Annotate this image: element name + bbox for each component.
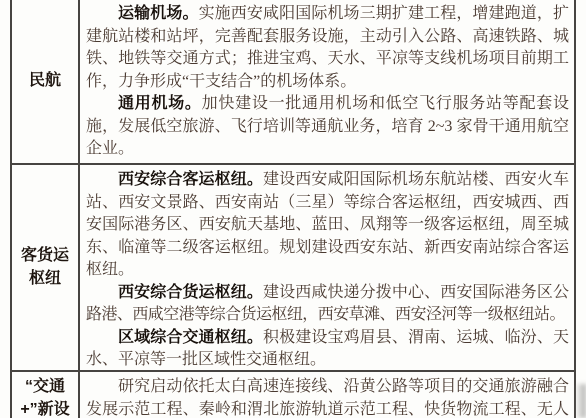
bold-heading: 通用机场。	[118, 95, 202, 112]
transport-projects-table: 民航运输机场。实施西安咸阳国际机场三期扩建工程，增建跑道，扩建航站楼和站坪，完善…	[10, 0, 576, 418]
row-label-line: 枢纽	[29, 268, 61, 291]
text-line: 枢纽。	[86, 259, 569, 282]
row-label-line: 客货运	[21, 245, 69, 268]
bold-heading: 运输机场。	[118, 5, 199, 22]
row-content: 运输机场。实施西安咸阳国际机场三期扩建工程，增建跑道，扩建航站楼和站坪，完善配套…	[80, 0, 574, 163]
text-line: 通用机场。加快建设一批通用机场和低空飞行服务站等配套设	[86, 93, 569, 116]
text-line: 研究启动依托太白高速连接线、沿黄公路等项目的交通旅游融合	[86, 376, 569, 399]
scan-artifact	[575, 384, 586, 418]
text-line: 西安综合客运枢纽。建设西安咸阳国际机场东航站楼、西安火车	[86, 169, 569, 192]
text-line: 发展示范工程、秦岭和渭北旅游轨道示范工程、快货物流工程、无人	[86, 399, 569, 418]
bold-heading: 区域综合交通枢纽。	[118, 329, 263, 346]
text-line: 区域综合交通枢纽。积极建设宝鸡眉县、渭南、运城、临汾、天	[86, 327, 569, 350]
row-passenger-freight-hubs: 客货运枢纽西安综合客运枢纽。建设西安咸阳国际机场东航站楼、西安火车站、西安文景路…	[12, 165, 574, 372]
row-label-line: 民航	[29, 70, 61, 93]
text-line: 站、西安文景路、西安南站（三星）等综合客运枢纽，西安城西、西	[86, 192, 569, 215]
bold-heading: 西安综合客运枢纽。	[118, 171, 263, 188]
row-label: “交通+”新设	[12, 372, 80, 418]
row-content: 西安综合客运枢纽。建设西安咸阳国际机场东航站楼、西安火车站、西安文景路、西安南站…	[80, 165, 574, 370]
row-label: 民航	[12, 0, 80, 163]
text-line: 作，力争形成“干支结合”的机场体系。	[86, 71, 569, 94]
row-transport-plus-new-facilities: “交通+”新设研究启动依托太白高速连接线、沿黄公路等项目的交通旅游融合发展示范工…	[12, 372, 574, 418]
text-line: 东、临潼等二级客运枢纽。规划建设西安东站、新西安南站综合客运	[86, 237, 569, 260]
row-label-line: +”新设	[20, 399, 69, 418]
text-line: 建航站楼和站坪，完善配套服务设施，主动引入公路、高速铁路、城	[86, 26, 569, 49]
text-line: 路港、西咸空港等综合货运枢纽，西安草滩、西安泾河等一级枢纽站。	[86, 304, 569, 327]
row-civil-aviation: 民航运输机场。实施西安咸阳国际机场三期扩建工程，增建跑道，扩建航站楼和站坪，完善…	[12, 0, 574, 165]
text-line: 水、平凉等一批区域性交通枢纽。	[86, 349, 569, 370]
text-line: 西安综合货运枢纽。建设西咸快递分拨中心、西安国际港务区公	[86, 282, 569, 305]
bold-heading: 西安综合货运枢纽。	[118, 284, 263, 301]
row-content: 研究启动依托太白高速连接线、沿黄公路等项目的交通旅游融合发展示范工程、秦岭和渭北…	[80, 372, 574, 418]
text-line: 企业。	[86, 138, 569, 161]
row-label-line: “交通	[25, 376, 65, 399]
text-line: 运输机场。实施西安咸阳国际机场三期扩建工程，增建跑道，扩	[86, 3, 569, 26]
text-line: 施，发展低空旅游、飞行培训等通航业务，培育 2~3 家骨干通用航空	[86, 116, 569, 139]
text-line: 安国际港务区、西安航天基地、蓝田、凤翔等一级客运枢纽，周至城	[86, 214, 569, 237]
text-line: 铁、地铁等交通方式；推进宝鸡、天水、平凉等支线机场项目前期工	[86, 48, 569, 71]
row-label: 客货运枢纽	[12, 165, 80, 370]
